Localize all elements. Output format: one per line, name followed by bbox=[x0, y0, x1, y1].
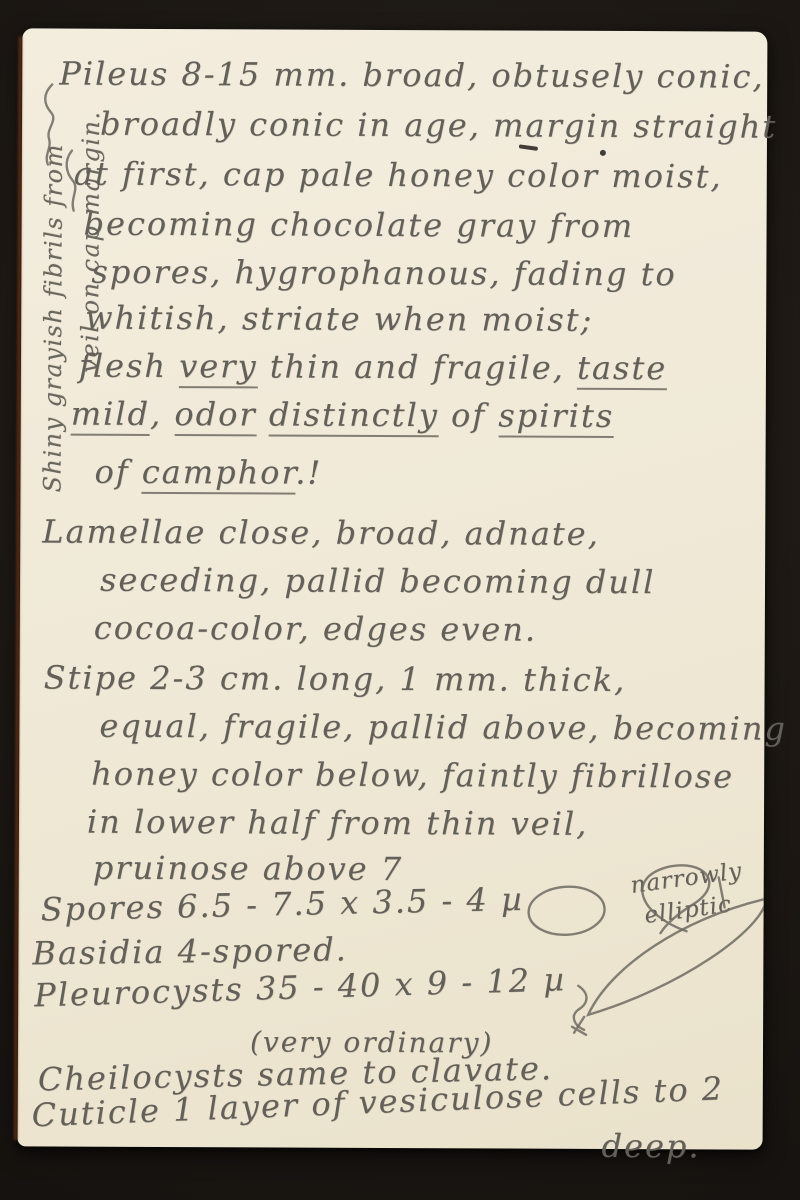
text-run: of bbox=[439, 396, 499, 434]
text-run: thin and fragile, bbox=[257, 347, 577, 386]
cuticle-line-2: deep. bbox=[601, 1127, 700, 1165]
stipe-line-3: honey color below, faintly fibrillose bbox=[91, 755, 734, 796]
underlined-word-taste: taste bbox=[577, 349, 667, 390]
lamellae-line-2: seceding, pallid becoming dull bbox=[100, 561, 655, 601]
pileus-line-6: whitish, striate when moist; bbox=[85, 299, 593, 339]
underlined-word-mild: mild bbox=[71, 395, 150, 436]
measurement-squiggle bbox=[574, 986, 587, 1030]
text-run: , bbox=[150, 395, 175, 433]
spores-line: Spores 6.5 - 7.5 x 3.5 - 4 µ bbox=[40, 880, 524, 929]
lamellae-line-1: Lamellae close, broad, adnate, bbox=[42, 512, 600, 552]
pileus-line-9: of camphor.! bbox=[94, 453, 322, 492]
pileus-line-5: spores, hygrophanous, fading to bbox=[91, 253, 677, 294]
ink-speck-dash bbox=[521, 147, 536, 149]
text-run: .! bbox=[295, 454, 322, 492]
ink-speck-dot bbox=[600, 150, 606, 156]
pileus-line-1: Pileus 8-15 mm. broad, obtusely conic, bbox=[59, 55, 765, 96]
text-run: of bbox=[94, 453, 141, 491]
index-card: Shiny grayish fibrils from veil on cap m… bbox=[18, 28, 768, 1149]
stipe-line-1: Stipe 2-3 cm. long, 1 mm. thick, bbox=[44, 658, 627, 699]
pileus-line-2: broadly conic in age, margin straight bbox=[100, 105, 777, 146]
pileus-line-3: at first, cap pale honey color moist, bbox=[74, 155, 723, 196]
margin-note-line-1: Shiny grayish fibrils from bbox=[34, 72, 73, 492]
pileus-line-8: mild, odor distinctly of spirits bbox=[71, 395, 615, 435]
underlined-word-camphor: camphor bbox=[142, 453, 296, 495]
cystidium-tip-hook bbox=[572, 1017, 586, 1035]
lamellae-line-3: cocoa-color, edges even. bbox=[94, 609, 537, 649]
pileus-line-4: becoming chocolate gray from bbox=[84, 205, 635, 245]
underlined-word-odor: odor bbox=[174, 395, 256, 436]
basidia-line: Basidia 4-spored. bbox=[32, 930, 348, 972]
underlined-word-very: very bbox=[179, 347, 258, 388]
text-run: flesh bbox=[79, 347, 179, 385]
spore-shape-note-2: elliptic bbox=[643, 891, 734, 929]
stipe-line-2: equal, fragile, pallid above, becoming bbox=[99, 707, 787, 748]
spore-outline-sketch bbox=[527, 884, 606, 937]
underlined-word-distinctly: distinctly bbox=[269, 395, 439, 437]
underlined-word-spirits: spirits bbox=[498, 396, 614, 438]
pileus-line-7: flesh very thin and fragile, taste bbox=[79, 347, 667, 388]
stipe-line-4: in lower half from thin veil, bbox=[87, 803, 588, 843]
stipe-line-5: pruinose above 7 bbox=[93, 849, 404, 888]
text-run bbox=[257, 395, 269, 433]
